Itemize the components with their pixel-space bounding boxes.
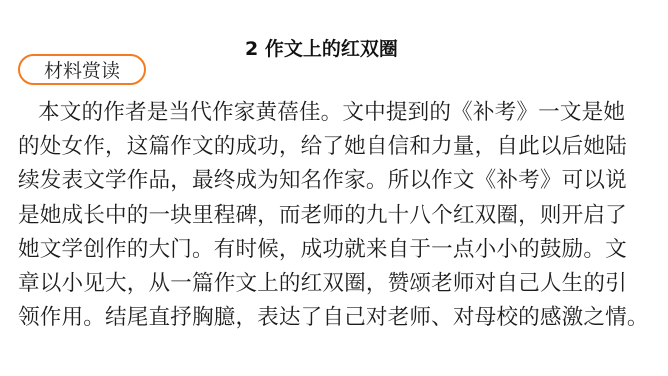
paragraph-line: 章以小见大，从一篇作文上的红双圈，赞颂老师对自己人生的引 <box>18 267 658 301</box>
paragraph-line: 本文的作者是当代作家黄蓓佳。文中提到的《补考》一文是她 <box>18 96 658 130</box>
section-badge: 材料赏读 <box>18 54 146 85</box>
section-badge-label: 材料赏读 <box>44 56 120 83</box>
paragraph-line: 的处女作，这篇作文的成功，给了她自信和力量，自此以后她陆 <box>18 130 658 164</box>
paragraph: 本文的作者是当代作家黄蓓佳。文中提到的《补考》一文是她 的处女作，这篇作文的成功… <box>18 96 658 335</box>
paragraph-line: 领作用。结尾直抒胸臆，表达了自己对老师、对母校的感激之情。 <box>18 301 658 335</box>
paragraph-line: 她文学创作的大门。有时候，成功就来自于一点小小的鼓励。文 <box>18 233 658 267</box>
page-title-text: 2 作文上的红双圈 <box>245 36 398 62</box>
paragraph-line: 续发表文学作品，最终成为知名作家。所以作文《补考》可以说 <box>18 164 658 198</box>
paragraph-line: 是她成长中的一块里程碑，而老师的九十八个红双圈，则开启了 <box>18 199 658 233</box>
